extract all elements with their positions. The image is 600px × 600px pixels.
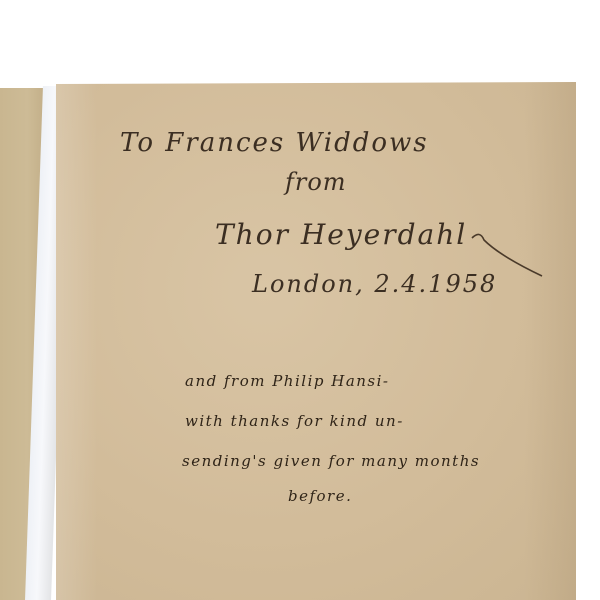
note-line-1: and from Philip Hansi-	[185, 372, 389, 390]
inscription-signature: Thor Heyerdahl	[215, 218, 467, 251]
inscription-from: from	[285, 168, 347, 196]
book-endpaper	[56, 82, 576, 600]
inscription-place-date: London, 2.4.1958	[252, 270, 497, 298]
note-line-2: with thanks for kind un-	[185, 412, 404, 430]
inscription-recipient: To Frances Widdows	[120, 128, 429, 158]
note-line-4: before.	[288, 487, 352, 505]
note-line-3: sending's given for many months	[182, 452, 480, 470]
photo-scene: To Frances Widdows from Thor Heyerdahl L…	[0, 0, 600, 600]
